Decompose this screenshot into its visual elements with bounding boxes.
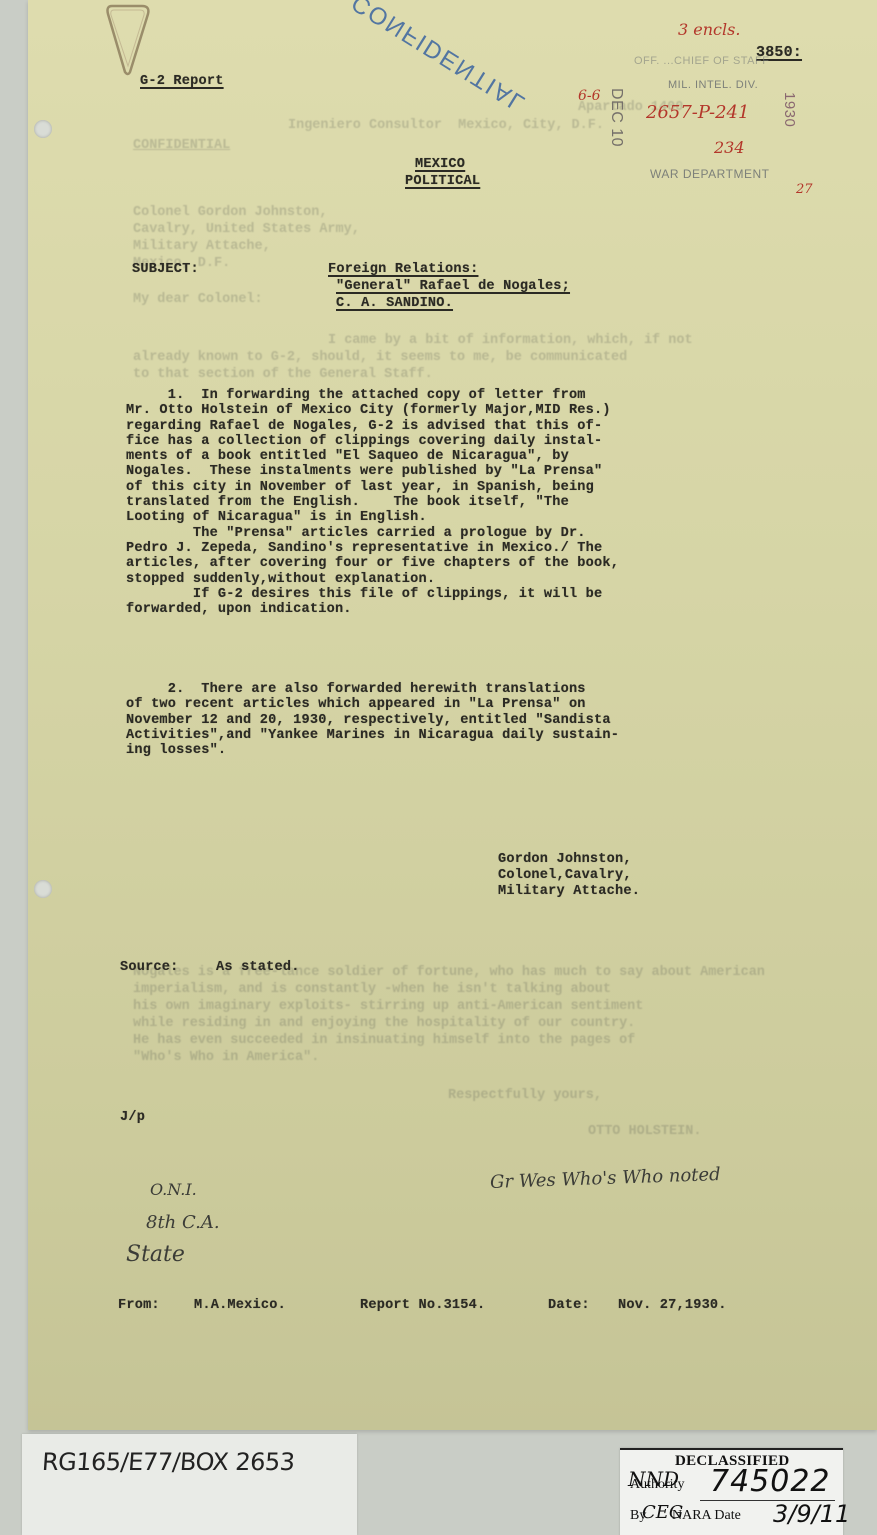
marginal-note: Gr Wes Who's Who noted <box>490 1164 721 1193</box>
footer-date-value: Nov. 27,1930. <box>618 1298 727 1313</box>
body-line: of this city in November of last year, i… <box>126 480 619 495</box>
signature-title: Military Attache. <box>498 884 640 899</box>
agency-date-label: NARA Date <box>672 1508 741 1524</box>
confidential-stamp: CONFIDENTIAL <box>347 0 531 118</box>
subject-label: SUBJECT: <box>132 262 199 277</box>
subject-line-2: "General" Rafael de Nogales; <box>328 279 570 294</box>
source-label: Source: <box>120 960 179 975</box>
body-line: fice has a collection of clippings cover… <box>126 434 619 449</box>
stamp-date-left: DEC 10 <box>607 88 625 147</box>
stamp-date-right: 1930 <box>781 92 798 127</box>
declassified-date: 3/9/11 <box>773 1500 850 1528</box>
authority-handwritten: NND <box>628 1467 679 1491</box>
agency-label: NARA <box>672 1508 711 1523</box>
topic-country: MEXICO <box>415 157 465 172</box>
body-line: The "Prensa" articles carried a prologue… <box>126 526 619 541</box>
body-line: November 12 and 20, 1930, respectively, … <box>126 713 619 728</box>
enclosures-note: 3 encls. <box>678 20 740 39</box>
footer-from-value: M.A.Mexico. <box>194 1298 286 1313</box>
declassified-card: DECLASSIFIED Authority NND 745022 By CEG… <box>620 1448 843 1535</box>
body-line: Looting of Nicaragua" is in English. <box>126 510 619 525</box>
paper-clip-icon <box>98 2 158 78</box>
body-paragraph-1: 1. In forwarding the attached copy of le… <box>126 388 619 617</box>
body-line: ments of a book entitled "El Saqueo de N… <box>126 449 619 464</box>
received-stamp-line1: OFF. ...CHIEF OF STAFF <box>634 55 769 67</box>
body-line: If G-2 desires this file of clippings, i… <box>126 587 619 602</box>
body-line: Nogales. These instalments were publishe… <box>126 464 619 479</box>
body-line: 2. There are also forwarded herewith tra… <box>126 682 619 697</box>
received-stamp-line2: MIL. INTEL. DIV. <box>668 79 758 91</box>
body-line: regarding Rafael de Nogales, G-2 is advi… <box>126 419 619 434</box>
body-paragraph-2: 2. There are also forwarded herewith tra… <box>126 682 619 758</box>
footer-from-label: From: <box>118 1298 160 1313</box>
body-line: articles, after covering four or five ch… <box>126 556 619 571</box>
signature-name: Gordon Johnston, <box>498 852 632 867</box>
body-line: Mr. Otto Holstein of Mexico City (former… <box>126 403 619 418</box>
document-page: Apartado 1400 Ingeniero Consultor Mexico… <box>28 0 877 1430</box>
code-note: 6-6 <box>578 88 601 104</box>
distribution-oni: O.N.I. <box>150 1180 197 1199</box>
subject-line-3: C. A. SANDINO. <box>328 296 453 311</box>
report-type: G-2 Report <box>140 74 224 89</box>
footer-date-label: Date: <box>548 1298 590 1313</box>
body-line: ing losses". <box>126 743 619 758</box>
punch-hole <box>34 120 52 138</box>
file-sub-reference: 234 <box>714 138 745 157</box>
distribution-corps-area: 8th C.A. <box>146 1212 220 1233</box>
topic-category: POLITICAL <box>405 174 480 189</box>
body-line: Activities",and "Yankee Marines in Nicar… <box>126 728 619 743</box>
footer-report-number: Report No.3154. <box>360 1298 485 1313</box>
war-department-stamp: WAR DEPARTMENT <box>650 167 769 181</box>
typist-initials: J/p <box>120 1110 145 1125</box>
authority-number: 745022 <box>710 1464 831 1499</box>
distribution-state: State <box>126 1242 185 1267</box>
mark-right: 27 <box>796 182 813 197</box>
archive-reference: RG165/E77/BOX 2653 <box>41 1448 295 1476</box>
source-value: As stated. <box>216 960 300 975</box>
body-line: Pedro J. Zepeda, Sandino's representativ… <box>126 541 619 556</box>
punch-hole <box>34 880 52 898</box>
subject-line-1: Foreign Relations: <box>328 262 478 277</box>
body-line: forwarded, upon indication. <box>126 602 619 617</box>
archive-label-card: RG165/E77/BOX 2653 <box>22 1434 357 1535</box>
body-line: 1. In forwarding the attached copy of le… <box>126 388 619 403</box>
body-line: stopped suddenly,without explanation. <box>126 572 619 587</box>
signature-rank: Colonel,Cavalry, <box>498 868 632 883</box>
body-line: of two recent articles which appeared in… <box>126 697 619 712</box>
date-label: Date <box>714 1508 740 1523</box>
file-reference: 2657-P-241 <box>646 102 749 123</box>
body-line: translated from the English. The book it… <box>126 495 619 510</box>
